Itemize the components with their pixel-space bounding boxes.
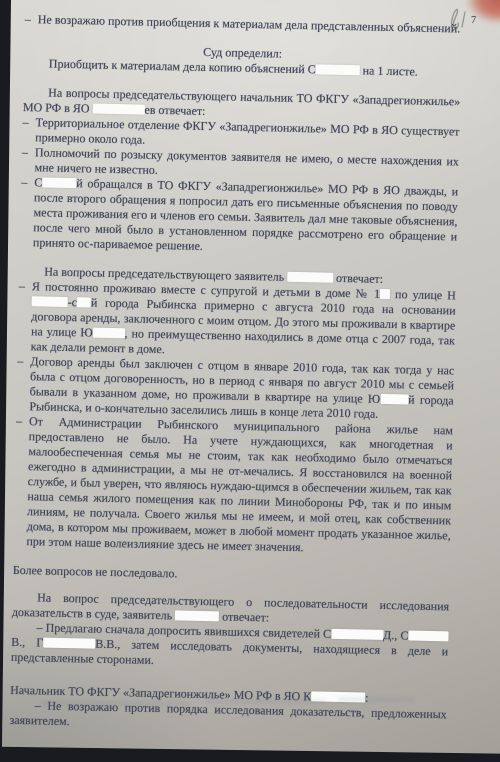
bullet-item: –От Администрации Рыбинского муниципальн… <box>26 414 453 558</box>
show-through-line <box>40 701 190 706</box>
document-text: –Не возражаю против приобщения к материа… <box>9 12 462 737</box>
redaction-box <box>380 289 390 299</box>
redaction-box <box>92 103 144 114</box>
paper-sheet: 7 –Не возражаю против приобщения к матер… <box>0 0 500 762</box>
redaction-box <box>175 610 219 621</box>
bullet-item: –Я постоянно проживаю вместе с супругой … <box>31 279 457 363</box>
redaction-box <box>331 629 383 640</box>
show-through-line <box>205 699 325 704</box>
redaction-box <box>77 297 91 307</box>
redaction-box <box>316 64 360 75</box>
bullet-item: –Договор аренды был заключен с отцом в я… <box>29 354 454 423</box>
redaction-box <box>93 328 125 339</box>
show-through-line <box>338 697 414 702</box>
bullet-dash: – <box>17 354 23 369</box>
paragraph: – Предлагаю сначала допросить явившихся … <box>11 620 449 675</box>
bullet-item: –Не возражаю против приобщения к материа… <box>38 12 462 36</box>
redaction-box <box>287 272 333 283</box>
document-photo: 7 –Не возражаю против приобщения к матер… <box>0 0 500 762</box>
paragraph: Более вопросов не последовало. <box>13 563 450 588</box>
redaction-box <box>408 631 448 642</box>
redaction-box <box>380 394 408 405</box>
bullet-dash: – <box>16 414 22 429</box>
bullet-dash: – <box>25 12 31 27</box>
bullet-item: –Сй обращался в ТО ФКГУ «Западрегионжиль… <box>33 175 459 259</box>
redaction-box <box>42 177 76 188</box>
bullet-dash: – <box>19 279 25 294</box>
redaction-box <box>43 638 95 649</box>
bullet-dash: – <box>22 145 28 160</box>
finger-blur <box>466 0 500 24</box>
bullet-dash: – <box>22 115 28 130</box>
bullet-dash: – <box>21 175 27 190</box>
redaction-box <box>32 296 68 307</box>
